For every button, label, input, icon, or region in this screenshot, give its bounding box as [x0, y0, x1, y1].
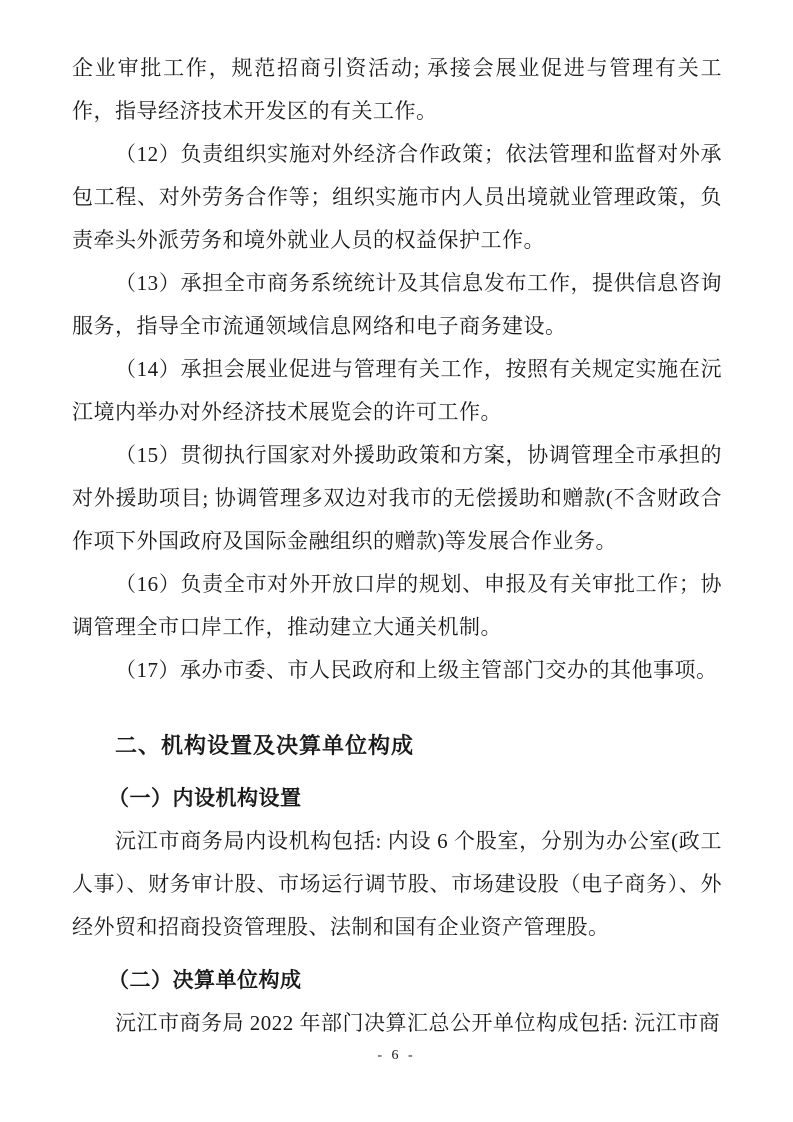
body-paragraph-continuation: 企业审批工作，规范招商引资活动; 承接会展业促进与管理有关工作，指导经济技术开发… [72, 47, 722, 133]
body-paragraph-unit-composition: 沅江市商务局 2022 年部门决算汇总公开单位构成包括: 沅江市商 [72, 1002, 722, 1045]
body-paragraph-item-12: （12）负责组织实施对外经济合作政策；依法管理和监督对外承包工程、对外劳务合作等… [72, 133, 722, 262]
section-heading: 二、机构设置及决算单位构成 [72, 724, 722, 767]
body-paragraph-item-14: （14）承担会展业促进与管理有关工作，按照有关规定实施在沅江境内举办对外经济技术… [72, 348, 722, 434]
body-paragraph-internal-orgs: 沅江市商务局内设机构包括: 内设 6 个股室，分别为办公室(政工人事）、财务审计… [72, 820, 722, 949]
body-paragraph-item-13: （13）承担全市商务系统统计及其信息发布工作，提供信息咨询服务，指导全市流通领域… [72, 262, 722, 348]
subsection-heading-2: （二）决算单位构成 [72, 959, 722, 1002]
page-number: - 6 - [0, 1048, 793, 1064]
subsection-heading-1: （一）内设机构设置 [72, 777, 722, 820]
body-paragraph-item-15: （15）贯彻执行国家对外援助政策和方案，协调管理全市承担的对外援助项目; 协调管… [72, 434, 722, 563]
body-paragraph-item-17: （17）承办市委、市人民政府和上级主管部门交办的其他事项。 [72, 649, 722, 692]
body-paragraph-item-16: （16）负责全市对外开放口岸的规划、申报及有关审批工作；协调管理全市口岸工作，推… [72, 563, 722, 649]
page-content: 企业审批工作，规范招商引资活动; 承接会展业促进与管理有关工作，指导经济技术开发… [72, 47, 722, 1045]
document-page: 企业审批工作，规范招商引资活动; 承接会展业促进与管理有关工作，指导经济技术开发… [0, 0, 793, 1122]
